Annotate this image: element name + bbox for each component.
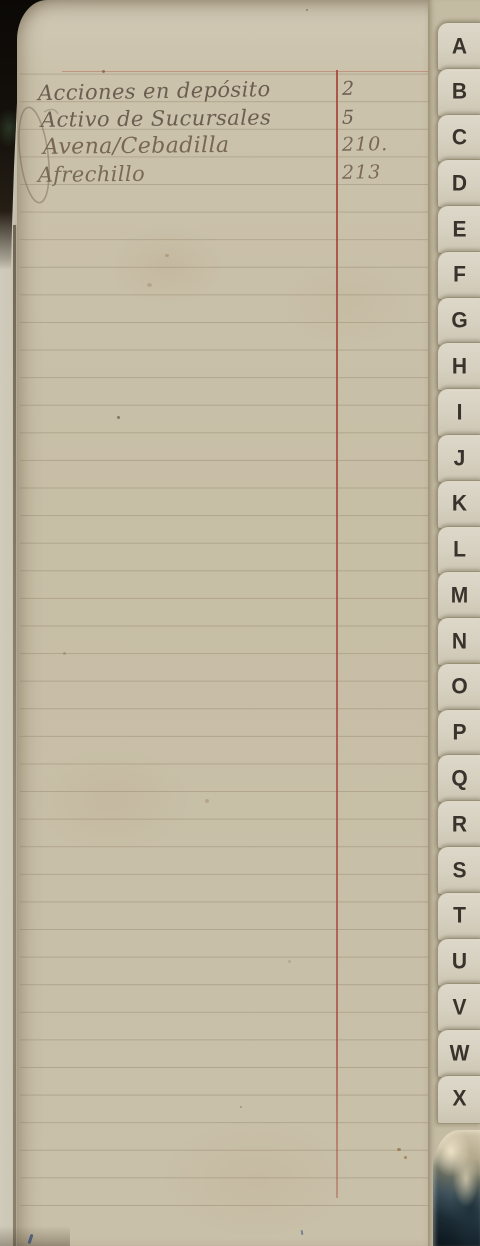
tab-letter: N: [452, 629, 467, 654]
index-tab-c[interactable]: C: [437, 114, 480, 163]
index-tab-p[interactable]: P: [437, 709, 480, 758]
tab-letter: X: [452, 1087, 466, 1112]
tab-letter: B: [452, 80, 467, 105]
index-tab-h[interactable]: H: [437, 342, 480, 391]
tab-letter: R: [452, 812, 467, 837]
index-tab-w[interactable]: W: [437, 1029, 480, 1078]
tab-letter: A: [452, 34, 467, 59]
tab-letter: F: [453, 263, 466, 288]
tab-letter: P: [452, 721, 466, 746]
index-tab-g[interactable]: G: [437, 297, 480, 346]
index-tab-f[interactable]: F: [437, 251, 480, 300]
tab-letter: O: [451, 675, 467, 700]
tab-letter: K: [452, 492, 467, 517]
index-tab-m[interactable]: M: [437, 571, 480, 620]
index-tab-x[interactable]: X: [437, 1075, 480, 1124]
tab-letter: U: [452, 949, 467, 974]
scanned-ledger-page: Acciones en depósito2Activo de Sucursale…: [0, 0, 480, 1246]
bottom-shadow: [0, 1226, 70, 1246]
page-gutter-crease: [13, 225, 16, 1246]
index-tab-u[interactable]: U: [437, 938, 480, 987]
index-tab-q[interactable]: Q: [437, 754, 480, 803]
tab-letter: G: [451, 309, 467, 334]
index-tab-d[interactable]: D: [437, 159, 480, 208]
index-tab-t[interactable]: T: [437, 892, 480, 941]
index-tab-i[interactable]: I: [437, 388, 480, 437]
tab-letter: E: [452, 217, 466, 242]
tab-letter: S: [452, 858, 466, 883]
index-tab-j[interactable]: J: [437, 434, 480, 483]
index-tab-r[interactable]: R: [437, 800, 480, 849]
tab-letter: L: [453, 537, 466, 562]
tab-letter: D: [452, 171, 467, 196]
index-tab-v[interactable]: V: [437, 983, 480, 1032]
index-tab-s[interactable]: S: [437, 846, 480, 895]
tab-letter: I: [457, 400, 463, 425]
index-tab-e[interactable]: E: [437, 205, 480, 254]
tab-letter: C: [452, 125, 467, 150]
header-red-rule: [62, 71, 434, 72]
index-tab-l[interactable]: L: [437, 526, 480, 575]
index-page-paper: [17, 0, 434, 1246]
tab-letter: H: [452, 354, 467, 379]
red-margin-rule: [336, 70, 338, 1198]
torn-cover-fabric: [433, 1130, 480, 1246]
index-tab-b[interactable]: B: [437, 68, 480, 117]
index-tab-k[interactable]: K: [437, 480, 480, 529]
tab-letter: V: [452, 995, 466, 1020]
index-tab-o[interactable]: O: [437, 663, 480, 712]
tab-letter: J: [454, 446, 466, 471]
tab-letter: T: [453, 904, 466, 929]
index-tab-n[interactable]: N: [437, 617, 480, 666]
index-tab-a[interactable]: A: [437, 22, 480, 71]
tab-letter: Q: [451, 766, 467, 791]
tab-letter: W: [450, 1041, 470, 1066]
tab-letter: M: [451, 583, 469, 608]
